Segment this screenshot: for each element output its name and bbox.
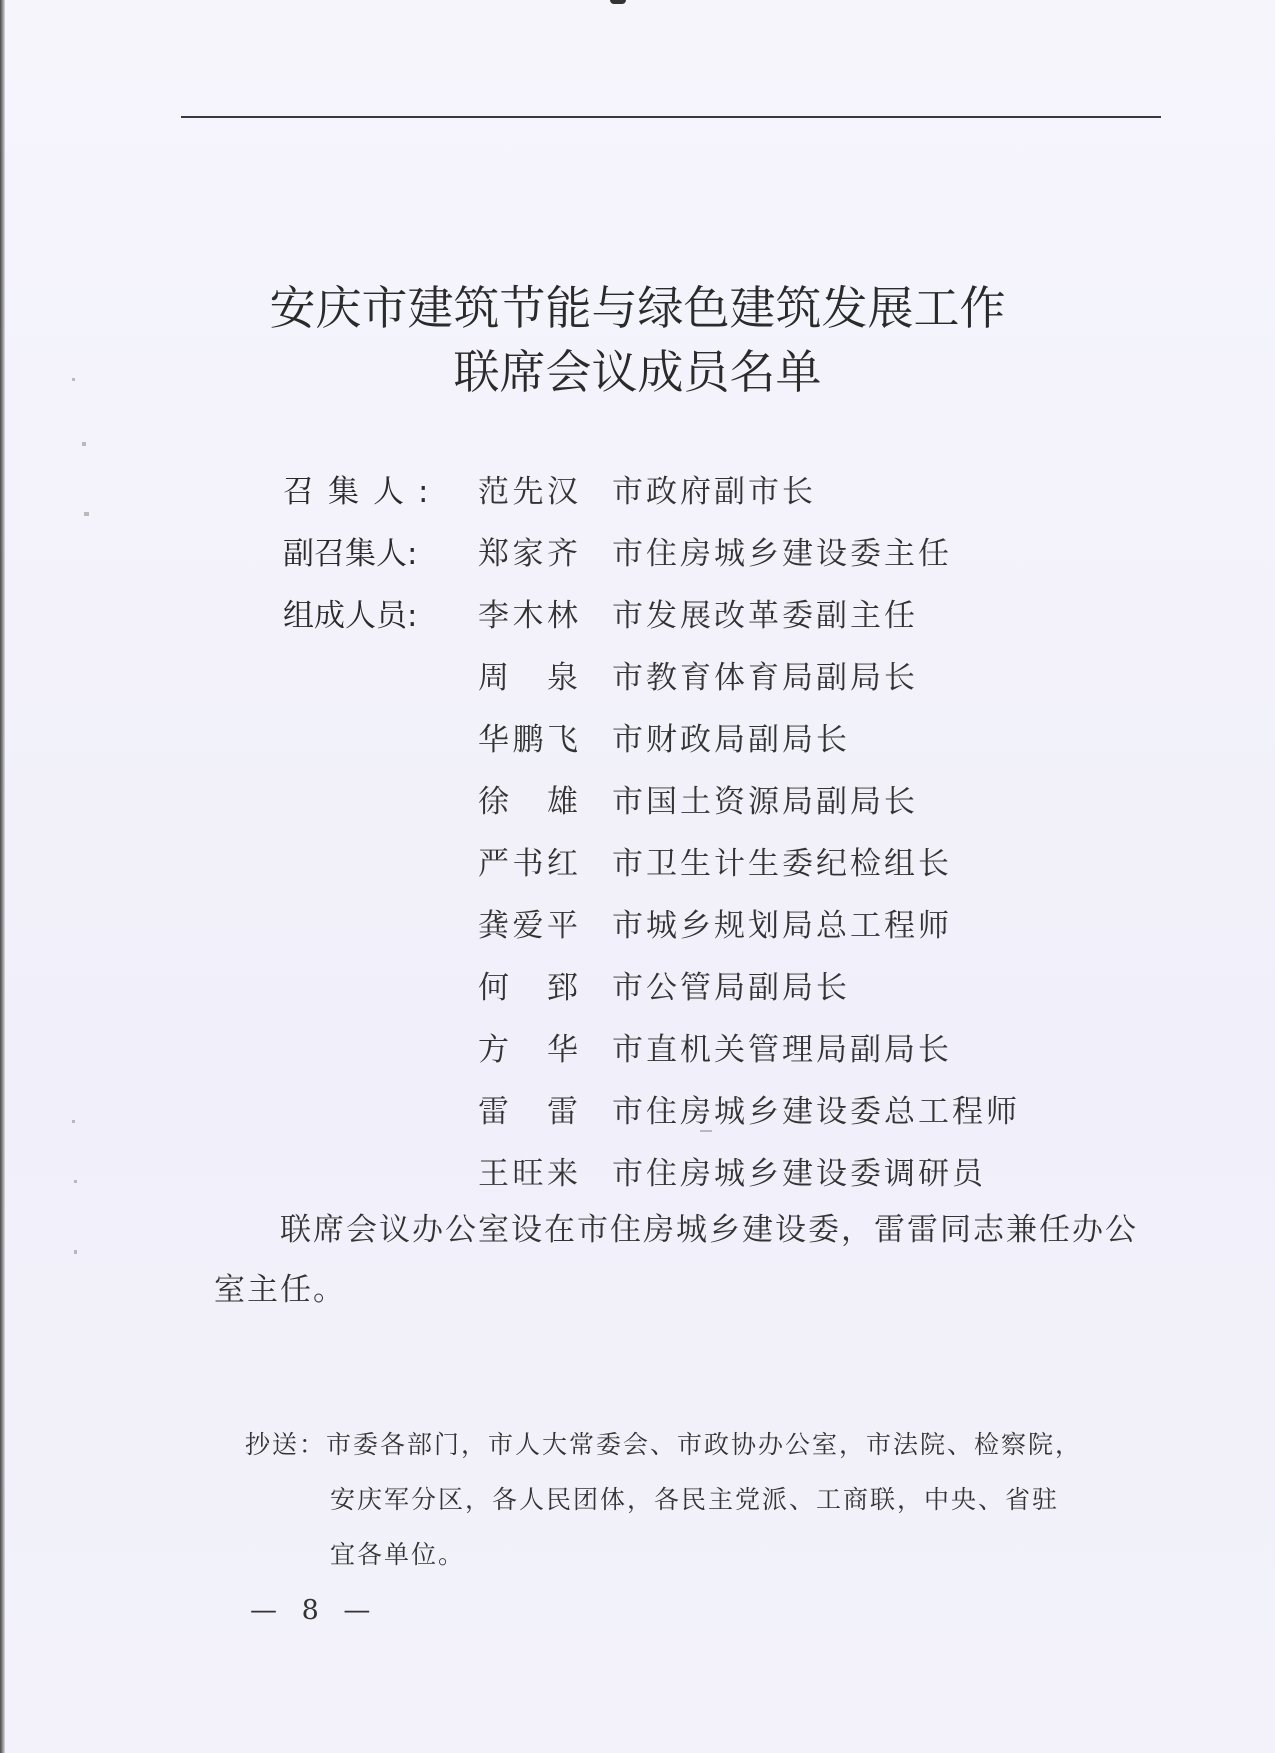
- scan-speck: [700, 1130, 712, 1132]
- role-label: 召集人:: [283, 467, 442, 517]
- member-position: 市城乡规划局总工程师: [612, 901, 952, 951]
- member-position: 市住房城乡建设委主任: [612, 529, 952, 579]
- member-name: 何郅: [478, 963, 578, 1013]
- office-note-line2: 室主任。: [214, 1265, 346, 1315]
- member-row: 何郅市公管局副局长: [0, 963, 1275, 1013]
- scan-mark: [610, 0, 626, 4]
- member-name: 周泉: [478, 653, 578, 703]
- member-row: 徐雄市国土资源局副局长: [0, 777, 1275, 827]
- member-row: 周泉市教育体育局副局长: [0, 653, 1275, 703]
- member-row: 华鹏飞市财政局副局长: [0, 715, 1275, 765]
- member-row: 龚爱平市城乡规划局总工程师: [0, 901, 1275, 951]
- scan-speck: [82, 442, 86, 446]
- header-rule: [181, 116, 1161, 118]
- member-position: 市国土资源局副局长: [612, 777, 918, 827]
- cc-line3: 宜各单位。: [330, 1535, 465, 1575]
- member-position: 市住房城乡建设委总工程师: [612, 1087, 1020, 1137]
- scan-speck: [84, 512, 89, 516]
- document-title-line2: 联席会议成员名单: [0, 336, 1275, 402]
- scan-speck: [74, 1180, 77, 1183]
- document-title-line1: 安庆市建筑节能与绿色建筑发展工作: [0, 272, 1275, 338]
- member-position: 市公管局副局长: [612, 963, 850, 1013]
- member-name: 李木林: [478, 591, 578, 641]
- member-name: 严书红: [478, 839, 578, 889]
- role-label: 副召集人:: [283, 529, 417, 579]
- member-row: 组成人员:李木林市发展改革委副主任: [0, 591, 1275, 641]
- member-name: 华鹏飞: [478, 715, 578, 765]
- member-name: 王旺来: [478, 1149, 578, 1199]
- member-position: 市住房城乡建设委调研员: [612, 1149, 986, 1199]
- member-position: 市财政局副局长: [612, 715, 850, 765]
- member-name: 郑家齐: [478, 529, 578, 579]
- cc-line1: 抄送：市委各部门，市人大常委会、市政协办公室，市法院、检察院，: [245, 1425, 1082, 1465]
- member-row: 方华市直机关管理局副局长: [0, 1025, 1275, 1075]
- office-note-line1: 联席会议办公室设在市住房城乡建设委，雷雷同志兼任办公: [280, 1205, 1138, 1255]
- role-label: 组成人员:: [283, 591, 417, 641]
- scan-speck: [74, 1250, 77, 1254]
- member-row: 副召集人:郑家齐市住房城乡建设委主任: [0, 529, 1275, 579]
- scan-speck: [72, 378, 75, 381]
- member-name: 方华: [478, 1025, 578, 1075]
- member-position: 市政府副市长: [612, 467, 816, 517]
- member-row: 雷雷市住房城乡建设委总工程师: [0, 1087, 1275, 1137]
- scan-speck: [72, 1120, 75, 1123]
- member-name: 雷雷: [478, 1087, 578, 1137]
- member-position: 市发展改革委副主任: [612, 591, 918, 641]
- page-number: — 8 —: [250, 1595, 378, 1626]
- cc-line2: 安庆军分区，各人民团体，各民主党派、工商联，中央、省驻: [330, 1480, 1059, 1520]
- member-name: 徐雄: [478, 777, 578, 827]
- member-name: 龚爱平: [478, 901, 578, 951]
- member-position: 市教育体育局副局长: [612, 653, 918, 703]
- member-row: 严书红市卫生计生委纪检组长: [0, 839, 1275, 889]
- member-row: 召集人:范先汉市政府副市长: [0, 467, 1275, 517]
- member-name: 范先汉: [478, 467, 578, 517]
- member-position: 市直机关管理局副局长: [612, 1025, 952, 1075]
- member-row: 王旺来市住房城乡建设委调研员: [0, 1149, 1275, 1199]
- member-position: 市卫生计生委纪检组长: [612, 839, 952, 889]
